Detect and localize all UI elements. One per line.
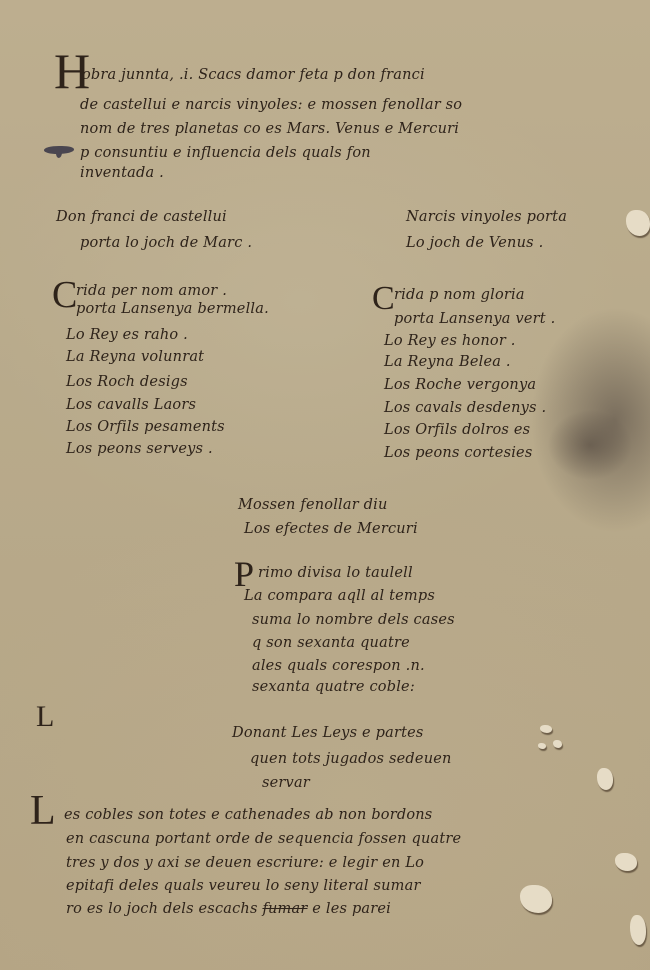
parchment-hole (615, 853, 637, 871)
mercury-verse-line: rimo divisa lo taulell (258, 566, 413, 581)
venus-line: La Reyna Belea . (384, 355, 511, 370)
venus-line: Los Orfils dolros es (384, 423, 530, 438)
mercury-initial: P (234, 556, 254, 592)
final-line: en cascuna portant orde de sequencia fos… (66, 832, 461, 847)
mars-line: porta Lansenya bermella. (76, 302, 269, 317)
mars-line: Los peons serveys . (66, 442, 213, 457)
mercury-verse-line: sexanta quatre coble: (252, 680, 415, 695)
laws-line: Donant Les Leys e partes (232, 726, 424, 741)
mercury-heading-line: Los efectes de Mercuri (244, 522, 418, 537)
venus-line: Los cavals desdenys . (384, 401, 546, 416)
parchment-hole (538, 743, 546, 749)
mars-initial: C (52, 276, 77, 314)
laws-line: quen tots jugados sedeuen (250, 752, 452, 767)
mars-line: Los cavalls Laors (66, 398, 196, 413)
final-line: epitafi deles quals veureu lo seny liter… (66, 879, 421, 894)
mercury-verse-line: La compara aqll al temps (244, 589, 435, 604)
mercury-verse-line: suma lo nombre dels cases (252, 613, 455, 628)
venus-line: rida p nom gloria (394, 288, 525, 303)
parchment-hole (630, 915, 646, 945)
mercury-verse-line: q son sexanta quatre (252, 636, 410, 651)
intro-line: p consuntiu e influencia dels quals fon (80, 146, 371, 161)
final-line-text: ro es lo joch dels escachs (66, 901, 258, 917)
intro-line: de castellui e narcis vinyoles: e mossen… (80, 98, 462, 113)
player-left-line: Don franci de castellui (56, 210, 227, 225)
player-right-line: Lo joch de Venus . (406, 236, 543, 251)
final-line: ro es lo joch dels escachs fumar e les p… (66, 902, 391, 917)
parchment-hole (553, 740, 562, 748)
final-line: tres y dos y axi se deuen escriure: e le… (66, 856, 424, 871)
mercury-verse-line: ales quals corespon .n. (252, 659, 425, 674)
parchment-hole (540, 725, 552, 733)
mars-line: rida per nom amor . (76, 284, 227, 299)
mars-line: Los Roch desigs (66, 375, 188, 390)
margin-mark: L (36, 702, 54, 732)
intro-line: obra junnta, .i. Scacs damor fetа p don … (82, 68, 425, 83)
mars-line: La Reyna volunrat (66, 350, 204, 365)
mercury-heading-line: Mossen fenollar diu (238, 498, 388, 513)
final-initial: L (30, 790, 56, 832)
ink-blot (56, 148, 62, 158)
parchment-hole (520, 885, 552, 913)
parchment-hole (597, 768, 613, 790)
venus-line: Lo Rey es honor . (384, 334, 516, 349)
mars-line: Lo Rey es raho . (66, 328, 188, 343)
manuscript-page: H obra junnta, .i. Scacs damor fetа p do… (0, 0, 650, 970)
player-left-line: porta lo joch de Marc . (80, 236, 252, 251)
venus-initial: C (372, 282, 395, 316)
laws-line: servar (262, 776, 310, 791)
player-right-line: Narcis vinyoles porta (406, 210, 567, 225)
final-line-tail: e les parei (312, 901, 391, 917)
parchment-hole (626, 210, 650, 236)
mars-line: Los Orfils pesaments (66, 420, 225, 435)
venus-line: Los Roche vergonya (384, 378, 536, 393)
intro-line: inventada . (80, 166, 164, 181)
struck-word: fumar (262, 901, 307, 917)
final-line: es cobles son totes e cathenades ab non … (64, 808, 432, 823)
venus-line: Los peons cortesies (384, 446, 532, 461)
intro-line: nom de tres planetas co es Mars. Venus e… (80, 122, 459, 137)
venus-line: porta Lansenya vert . (394, 312, 555, 327)
